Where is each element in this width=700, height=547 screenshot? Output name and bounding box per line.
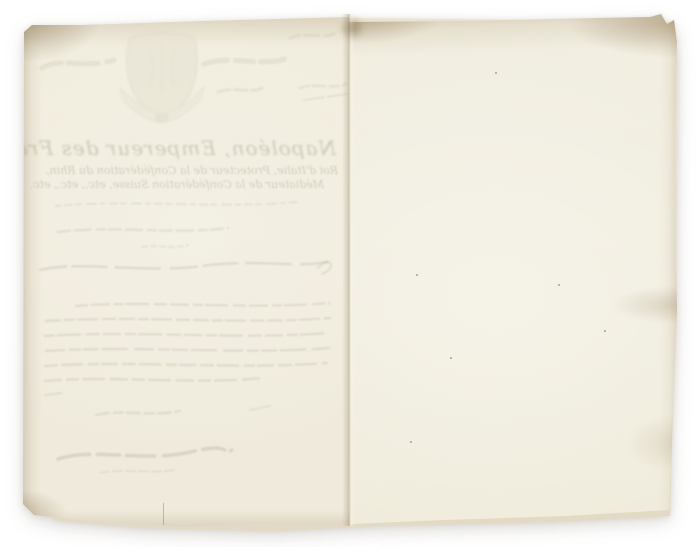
ghost-date-line: [96, 406, 270, 415]
center-fold: [342, 14, 355, 526]
ghost-annotations: [56, 202, 298, 247]
paper-speck: [410, 441, 412, 443]
left-page: Napoléon, Empereur des Français Roi d'It…: [22, 16, 350, 528]
ghost-handwriting: [22, 16, 350, 530]
ghost-top-script: [42, 58, 288, 92]
bottom-edge-crease: [163, 503, 164, 525]
photo-background: Napoléon, Empereur des Français Roi d'It…: [0, 0, 700, 547]
ghost-flourish-line: [40, 260, 334, 274]
paper-speck: [495, 72, 497, 74]
paper-speck: [604, 330, 606, 332]
document-sheet: Napoléon, Empereur des Français Roi d'It…: [0, 0, 700, 547]
fold-top-stain: [334, 12, 370, 44]
paper-speck: [416, 274, 418, 276]
right-page-blank: [345, 12, 679, 526]
paper-speck: [558, 284, 560, 286]
ghost-paragraph: [45, 303, 330, 395]
ghost-signature: [58, 448, 232, 473]
paper-speck: [450, 357, 452, 359]
